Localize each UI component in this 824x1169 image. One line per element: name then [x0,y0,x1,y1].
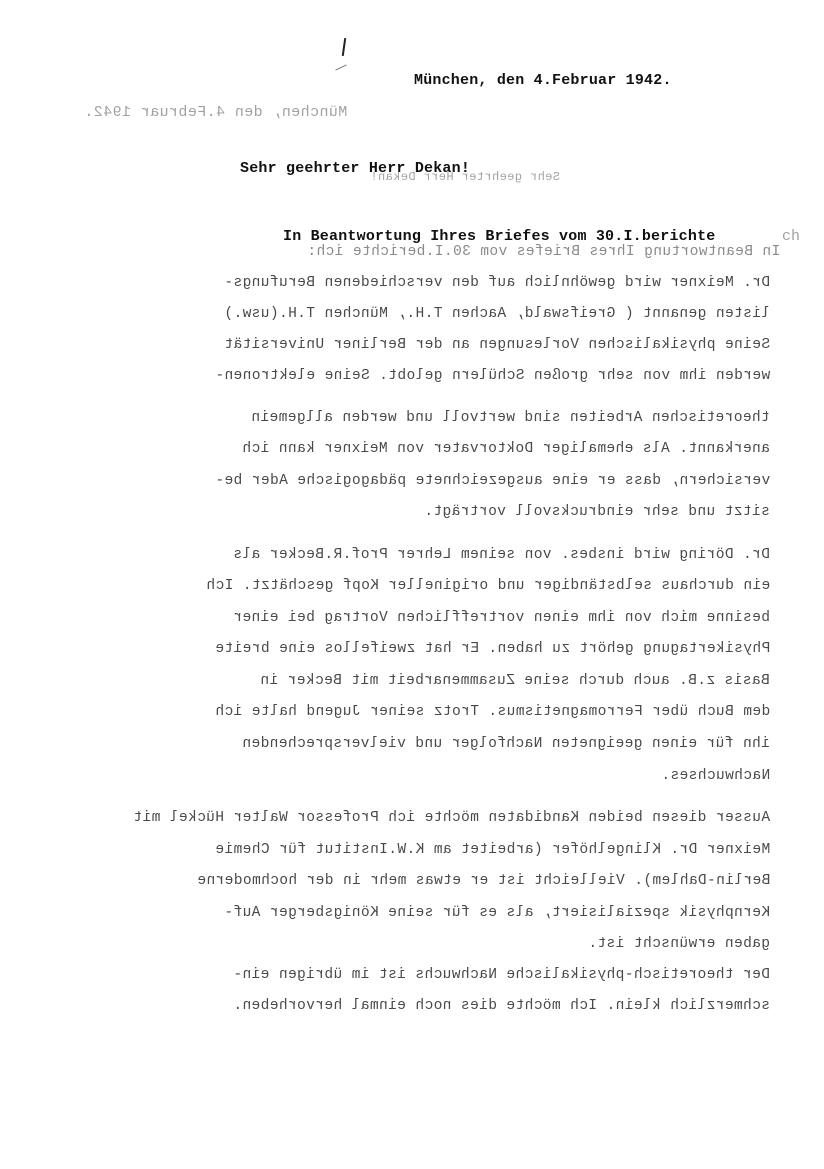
mirrored-body-line: Der theoretisch-physikalische Nachwuchs … [233,967,770,983]
date-line-mirrored: München, den 4.Februar 1942. [84,104,347,121]
mirrored-body-line: Basis z.B. auch durch seine Zusammenarbe… [260,673,770,689]
mirrored-body-line: In Beantwortung Ihres Briefes vom 30.I.b… [307,244,780,260]
pen-mark [342,38,346,56]
mirrored-body-line: theoretischen Arbeiten sind wertvoll und… [251,410,770,426]
mirrored-body-line: Dr. Döring wird insbes. von seinem Lehre… [233,547,770,563]
mirrored-body-line: gaben erwünscht ist. [588,936,770,952]
pen-mark [335,65,346,71]
opening-line: In Beantwortung Ihres Briefes vom 30.I.b… [283,228,715,245]
mirrored-body-line: listen genannt ( Greifswald, Aachen T.H.… [224,306,770,322]
mirrored-body-line: Meixner Dr. Klingelhöfer (arbeitet am K.… [215,842,770,858]
mirrored-body-line: besinne mich von ihm einen vortreffliche… [233,610,770,626]
mirrored-body-line: sitzt und sehr eindrucksvoll vorträgt. [424,504,770,520]
mirrored-body-line: ihn für einen geeigneten Nachfolger und … [242,736,770,752]
mirrored-body-line: schmerzlich klein. Ich möchte dies noch … [233,998,770,1014]
date-line: München, den 4.Februar 1942. [414,72,672,89]
mirrored-body-line: Nachwuchses. [661,768,770,784]
salutation-mirrored: Sehr geehrter Herr Dekan! [370,170,560,184]
opening-line-trailing-mark: ch [782,228,800,245]
mirrored-body-line: Physikertagung gehört zu haben. Er hat z… [215,641,770,657]
mirrored-body-line: dem Buch über Ferromagnetismus. Trotz se… [215,704,770,720]
mirrored-body-line: Dr. Meixner wird gewöhnlich auf den vers… [224,275,770,291]
mirrored-body-line: anerkannt. Als ehemaliger Doktorvater vo… [242,441,770,457]
mirrored-body-line: Seine physikalischen Vorlesungen an der … [224,337,770,353]
mirrored-body-line: Kernphysik spezialisiert, als es für sei… [224,905,770,921]
mirrored-body-line: ein durchaus selbständiger und originell… [206,578,770,594]
mirrored-body-line: werden ihm von sehr großen Schülern gelo… [215,368,770,384]
mirrored-body-line: Berlin-Dahlem). Vielleicht ist er etwas … [197,873,770,889]
mirrored-body-line: versichern, dass er eine ausgezeichnete … [215,473,770,489]
mirrored-body-line: Ausser diesen beiden Kandidaten möchte i… [133,810,770,826]
